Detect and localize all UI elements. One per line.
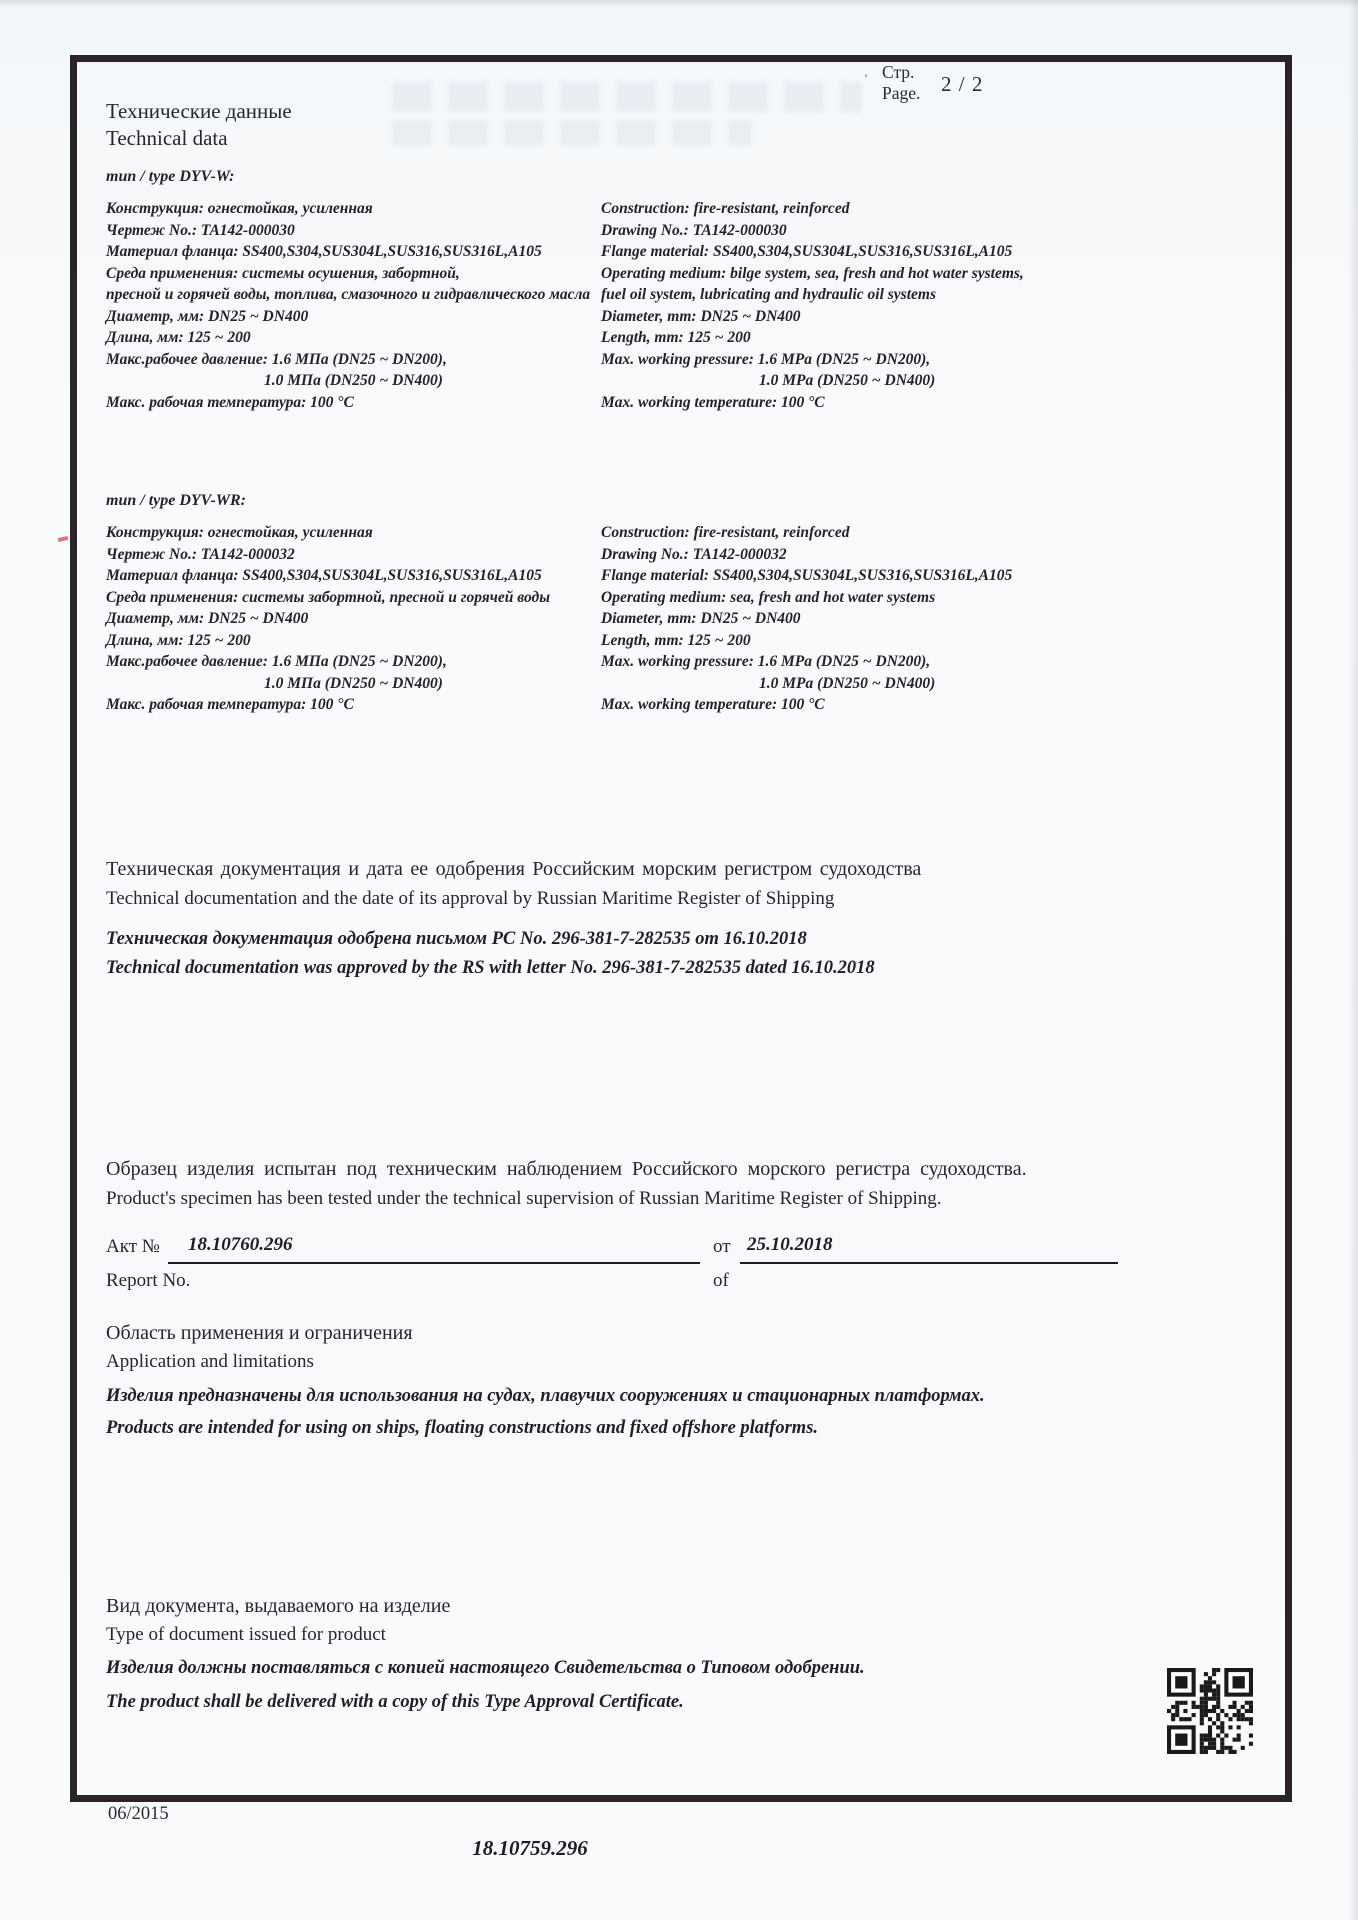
spec-line: Макс. рабочая температура: 100 °C xyxy=(106,392,604,414)
spec-line: Length, mm: 125 ~ 200 xyxy=(601,630,1161,652)
spec-column-ru: Конструкция: огнестойкая, усиленная Черт… xyxy=(106,522,604,716)
ink-mark-artifact xyxy=(58,536,69,542)
report-date-value: 25.10.2018 xyxy=(747,1234,833,1256)
spec-line: Max. working temperature: 100 °C xyxy=(601,392,1161,414)
spec-line: 1.0 МПа (DN250 ~ DN400) xyxy=(106,673,604,695)
spec-line: Макс.рабочее давление: 1.6 МПа (DN25 ~ D… xyxy=(106,349,604,371)
application-text-ru: Изделия предназначены для использования … xyxy=(106,1386,1236,1407)
qr-code-graphic xyxy=(1167,1668,1253,1754)
spec-column-en: Construction: fire-resistant, reinforced… xyxy=(601,198,1161,413)
documentation-approved-en: Technical documentation was approved by … xyxy=(106,958,1206,979)
spec-line: Диаметр, мм: DN25 ~ DN400 xyxy=(106,306,604,328)
spec-line: Length, mm: 125 ~ 200 xyxy=(601,327,1161,349)
type-section-dyv-wr: тип / type DYV-WR: Конструкция: огнестой… xyxy=(106,492,1166,522)
speck-artifact: ’ xyxy=(864,68,868,89)
spec-line: Diameter, mm: DN25 ~ DN400 xyxy=(601,608,1161,630)
documentation-heading-ru: Техническая документация и дата ее одобр… xyxy=(106,858,1166,881)
form-code: 06/2015 xyxy=(108,1804,169,1825)
page-label-ru: Стр. xyxy=(882,62,920,83)
spec-line: Flange material: SS400,S304,SUS304L,SUS3… xyxy=(601,241,1161,263)
application-heading-ru: Область применения и ограничения xyxy=(106,1322,1006,1345)
spec-line: Max. working temperature: 100 °C xyxy=(601,694,1161,716)
specimen-text-ru: Образец изделия испытан под техническим … xyxy=(106,1158,1266,1181)
scanned-certificate-page: ’ Стр. Page. 2 / 2 Технические данные Te… xyxy=(0,0,1358,1920)
spec-line: Макс. рабочая температура: 100 °C xyxy=(106,694,604,716)
report-date-label-en: of xyxy=(713,1270,729,1292)
doctype-text-ru: Изделия должны поставляться с копией нас… xyxy=(106,1658,1146,1679)
documentation-heading-en: Technical documentation and the date of … xyxy=(106,888,1166,910)
page-label-en: Page. xyxy=(882,83,920,104)
spec-line: Диаметр, мм: DN25 ~ DN400 xyxy=(106,608,604,630)
spec-line: Construction: fire-resistant, reinforced xyxy=(601,522,1161,544)
spec-line: Среда применения: системы забортной, пре… xyxy=(106,587,604,609)
spec-line: Чертеж No.: TA142-000032 xyxy=(106,544,604,566)
spec-line: Среда применения: системы осушения, забо… xyxy=(106,263,604,285)
title-ru: Технические данные xyxy=(106,98,292,125)
certificate-number: 18.10759.296 xyxy=(380,1836,680,1861)
application-text-en: Products are intended for using on ships… xyxy=(106,1418,1236,1439)
spec-line: Diameter, mm: DN25 ~ DN400 xyxy=(601,306,1161,328)
spec-line: Длина, мм: 125 ~ 200 xyxy=(106,630,604,652)
spec-line: Конструкция: огнестойкая, усиленная xyxy=(106,522,604,544)
application-heading-en: Application and limitations xyxy=(106,1351,1006,1373)
spec-line: Конструкция: огнестойкая, усиленная xyxy=(106,198,604,220)
spec-line: Max. working pressure: 1.6 MPa (DN25 ~ D… xyxy=(601,651,1161,673)
spec-line: 1.0 MPa (DN250 ~ DN400) xyxy=(601,673,1161,695)
report-label-ru: Акт № xyxy=(106,1236,160,1258)
spec-column-en: Construction: fire-resistant, reinforced… xyxy=(601,522,1161,716)
scan-edge-artifact xyxy=(1348,0,1358,1920)
spec-line: Drawing No.: TA142-000030 xyxy=(601,220,1161,242)
report-number-value: 18.10760.296 xyxy=(188,1234,293,1256)
spec-line: пресной и горячей воды, топлива, смазочн… xyxy=(106,284,604,306)
type-section-dyv-w: тип / type DYV-W: Конструкция: огнестойк… xyxy=(106,168,1166,198)
spec-line: Чертеж No.: TA142-000030 xyxy=(106,220,604,242)
page-number: 2 / 2 xyxy=(941,72,983,97)
spec-line: Материал фланца: SS400,S304,SUS304L,SUS3… xyxy=(106,565,604,587)
title-en: Technical data xyxy=(106,125,292,152)
type-heading: тип / type DYV-WR: xyxy=(106,492,1166,510)
report-number-underline xyxy=(168,1262,700,1264)
doctype-text-en: The product shall be delivered with a co… xyxy=(106,1692,1146,1713)
spec-line: fuel oil system, lubricating and hydraul… xyxy=(601,284,1161,306)
spec-line: Operating medium: sea, fresh and hot wat… xyxy=(601,587,1161,609)
page-label: ’ Стр. Page. xyxy=(882,62,920,104)
spec-line: Длина, мм: 125 ~ 200 xyxy=(106,327,604,349)
section-title-technical-data: Технические данные Technical data xyxy=(106,98,292,152)
spec-line: Max. working pressure: 1.6 MPa (DN25 ~ D… xyxy=(601,349,1161,371)
spec-line: Construction: fire-resistant, reinforced xyxy=(601,198,1161,220)
type-heading: тип / type DYV-W: xyxy=(106,168,1166,186)
spec-line: Drawing No.: TA142-000032 xyxy=(601,544,1161,566)
spec-line: Макс.рабочее давление: 1.6 МПа (DN25 ~ D… xyxy=(106,651,604,673)
spec-column-ru: Конструкция: огнестойкая, усиленная Черт… xyxy=(106,198,604,413)
report-label-en: Report No. xyxy=(106,1270,190,1292)
report-date-underline xyxy=(740,1262,1118,1264)
specimen-text-en: Product's specimen has been tested under… xyxy=(106,1188,1266,1210)
spec-line: Operating medium: bilge system, sea, fre… xyxy=(601,263,1161,285)
doctype-heading-en: Type of document issued for product xyxy=(106,1624,1006,1646)
spec-line: Материал фланца: SS400,S304,SUS304L,SUS3… xyxy=(106,241,604,263)
documentation-approved-ru: Техническая документация одобрена письмо… xyxy=(106,929,1206,950)
scan-edge-artifact xyxy=(0,0,1358,8)
report-date-label-ru: от xyxy=(713,1236,731,1258)
spec-line: 1.0 МПа (DN250 ~ DN400) xyxy=(106,370,604,392)
spec-line: Flange material: SS400,S304,SUS304L,SUS3… xyxy=(601,565,1161,587)
spec-line: 1.0 MPa (DN250 ~ DN400) xyxy=(601,370,1161,392)
qr-code xyxy=(1167,1668,1253,1754)
doctype-heading-ru: Вид документа, выдаваемого на изделие xyxy=(106,1595,1006,1618)
